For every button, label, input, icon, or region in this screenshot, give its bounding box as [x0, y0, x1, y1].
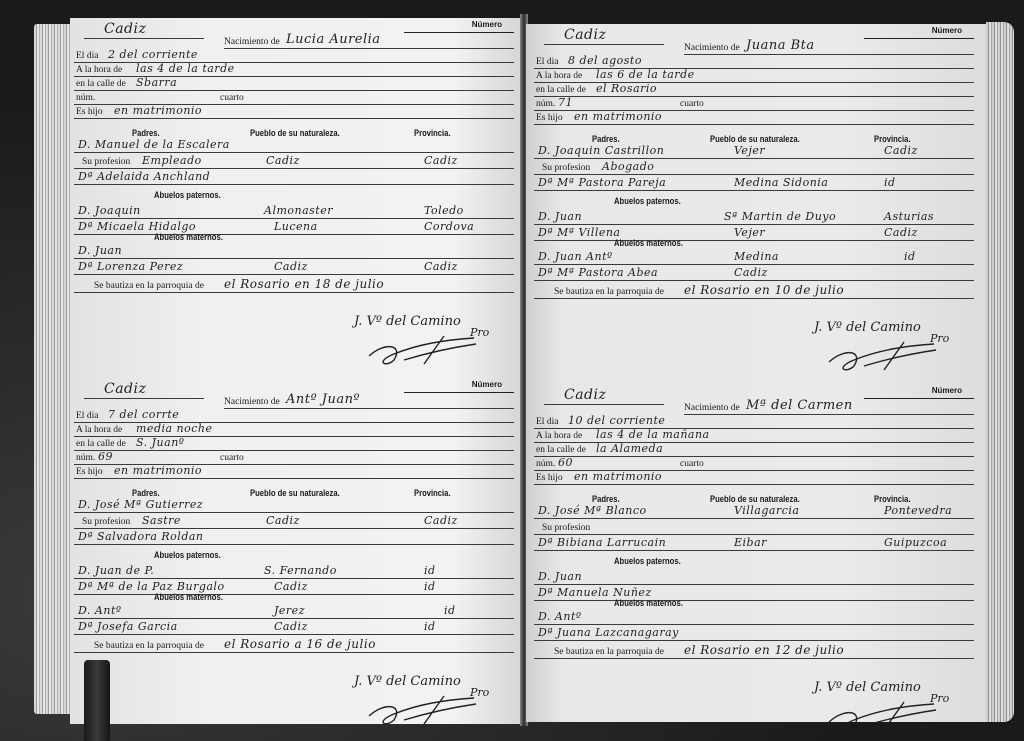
profesion-label: Su profesion — [82, 157, 130, 167]
place-value: Cadiz — [564, 387, 606, 403]
provincia-header: Provincia. — [874, 134, 911, 144]
abuelo-paterno-value: D. Juan de P. — [78, 564, 154, 577]
provincia-header: Provincia. — [874, 494, 911, 504]
abuelo-materno-provincia-value: id — [904, 250, 916, 263]
es-hijo-line: Es hijo en matrimonio — [534, 470, 974, 485]
profesion-line: Su profesion — [534, 520, 974, 535]
abuela-paterna-pueblo-value: Lucena — [274, 220, 318, 233]
bautiza-label: Se bautiza en la parroquia de — [554, 287, 664, 297]
priest-signature-text: J. Vº del Camino — [354, 314, 461, 329]
abuelos-paternos-header: Abuelos paternos. — [154, 190, 221, 200]
page-edges-right — [986, 22, 1014, 722]
abuela-paterna-line: Dª Mª Villena Vejer Cadiz — [534, 226, 974, 241]
abuelo-materno-line: D. Juan — [74, 244, 514, 259]
abuela-paterna-pueblo-value: Cadiz — [274, 580, 308, 593]
abuelos-maternos-header: Abuelos maternos. — [614, 238, 683, 248]
es-hijo-label: Es hijo — [536, 113, 563, 123]
abuela-paterna-line: Dª Mª de la Paz Burgalo Cadiz id — [74, 580, 514, 595]
padre-line: D. José Mª Blanco Villagarcia Pontevedra — [534, 504, 974, 519]
abuela-paterna-line: Dª Manuela Nuñez — [534, 586, 974, 601]
abuelo-materno-value: D. Juan — [78, 244, 122, 257]
bautiza-label: Se bautiza en la parroquia de — [94, 281, 204, 291]
bautiza-value: el Rosario en 12 de julio — [684, 643, 844, 657]
hora-line: A la hora de media noche — [74, 422, 514, 437]
dia-label: El dia — [536, 417, 558, 427]
abuela-materna-line: Dª Josefa Garcia Cadiz id — [74, 620, 514, 635]
provincia-header: Provincia. — [414, 128, 451, 138]
abuela-materna-value: Dª Lorenza Perez — [78, 260, 183, 273]
hora-value: las 4 de la mañana — [596, 428, 710, 441]
cuarto-label: cuarto — [680, 459, 704, 469]
abuela-materna-value: Dª Juana Lazcanagaray — [538, 626, 679, 639]
cuarto-label: cuarto — [220, 453, 244, 463]
child-name-value: Lucia Aurelia — [286, 32, 381, 47]
numero-line — [864, 38, 974, 39]
abuela-paterna-value: Dª Mª Villena — [538, 226, 621, 239]
profesion-line: Su profesion Sastre Cadiz Cadiz — [74, 514, 514, 529]
num-line: núm. 71 cuarto — [534, 96, 974, 111]
abuela-paterna-pueblo-value: Vejer — [734, 226, 765, 239]
abuelo-paterno-value: D. Juan — [538, 570, 582, 583]
es-hijo-label: Es hijo — [536, 473, 563, 483]
profesion-line: Su profesion Abogado — [534, 160, 974, 175]
hora-value: media noche — [136, 422, 213, 435]
left-page: Número Cadiz Nacimiento de Lucia Aurelia… — [70, 18, 522, 724]
numero-label: Número — [932, 26, 962, 35]
padres-pueblo-value: Cadiz — [266, 154, 300, 167]
hora-value: las 4 de la tarde — [136, 62, 235, 75]
hora-line: A la hora de las 4 de la mañana — [534, 428, 974, 443]
bautiza-value: el Rosario en 18 de julio — [224, 277, 384, 291]
abuelo-paterno-pueblo-value: Sª Martin de Duyo — [724, 210, 836, 223]
padre-line: D. Manuel de la Escalera — [74, 138, 514, 153]
num-line: núm. cuarto — [74, 90, 514, 105]
abuelo-paterno-provincia-value: Asturias — [884, 210, 934, 223]
madre-value: Dª Mª Pastora Pareja — [538, 176, 666, 189]
nacimiento-label: Nacimiento de — [224, 37, 280, 47]
madre-pueblo-value: Medina Sidonia — [734, 176, 828, 189]
calle-label: en la calle de — [536, 85, 586, 95]
dia-line: El dia 7 del corrte — [74, 408, 514, 423]
bautiza-label: Se bautiza en la parroquia de — [94, 641, 204, 651]
nacimiento-line: Nacimiento de Mª del Carmen — [684, 400, 974, 415]
padres-header: Padres. — [132, 128, 160, 138]
abuelos-maternos-provincia-value: Cadiz — [424, 260, 458, 273]
abuelo-materno-provincia-value: id — [444, 604, 456, 617]
child-name-value: Antº Juanº — [286, 392, 360, 407]
bautiza-line: Se bautiza en la parroquia de el Rosario… — [534, 644, 974, 659]
es-hijo-line: Es hijo en matrimonio — [534, 110, 974, 125]
abuelo-paterno-value: D. Juan — [538, 210, 582, 223]
hora-label: A la hora de — [76, 65, 122, 75]
pueblo-header: Pueblo de su naturaleza. — [250, 128, 340, 138]
calle-value: la Alameda — [596, 442, 663, 455]
nacimiento-line: Nacimiento de Antº Juanº — [224, 394, 514, 409]
calle-line: en la calle de S. Juanº — [74, 436, 514, 451]
abuelos-paternos-header: Abuelos paternos. — [614, 196, 681, 206]
es-hijo-line: Es hijo en matrimonio — [74, 104, 514, 119]
abuela-materna-pueblo-value: Cadiz — [274, 620, 308, 633]
dia-value: 10 del corriente — [568, 414, 665, 427]
abuela-materna-line: Dª Mª Pastora Abea Cadiz — [534, 266, 974, 281]
numero-label: Número — [472, 380, 502, 389]
abuelo-materno-value: D. Antº — [78, 604, 122, 617]
child-name-value: Juana Bta — [746, 38, 815, 53]
padres-header: Padres. — [592, 494, 620, 504]
abuela-materna-line: Dª Lorenza Perez Cadiz Cadiz — [74, 260, 514, 275]
numero-line — [864, 398, 974, 399]
abuela-materna-line: Dª Juana Lazcanagaray — [534, 626, 974, 641]
bautiza-label: Se bautiza en la parroquia de — [554, 647, 664, 657]
abuelo-paterno-provincia-value: id — [424, 564, 436, 577]
es-hijo-value: en matrimonio — [114, 464, 202, 477]
es-hijo-label: Es hijo — [76, 107, 103, 117]
num-line: núm. 60 cuarto — [534, 456, 974, 471]
padre-line: D. Joaquin Castrillon Vejer Cadiz — [534, 144, 974, 159]
es-hijo-value: en matrimonio — [574, 110, 662, 123]
numero-line — [404, 392, 514, 393]
num-line: núm. 69 cuarto — [74, 450, 514, 465]
abuela-materna-value: Dª Josefa Garcia — [78, 620, 178, 633]
calle-value: el Rosario — [596, 82, 657, 95]
profesion-value: Abogado — [602, 160, 654, 173]
place-line: Cadiz — [544, 30, 664, 45]
padre-pueblo-value: Villagarcia — [734, 504, 799, 517]
profesion-line: Su profesion Empleado Cadiz Cadiz — [74, 154, 514, 169]
calle-line: en la calle de el Rosario — [534, 82, 974, 97]
padres-header: Padres. — [592, 134, 620, 144]
madre-value: Dª Adelaida Anchland — [78, 170, 210, 183]
dia-label: El dia — [76, 411, 98, 421]
abuelo-materno-line: D. Antº — [534, 610, 974, 625]
padre-value: D. José Mª Gutierrez — [78, 498, 203, 511]
profesion-value: Empleado — [142, 154, 202, 167]
dia-line: El dia 2 del corriente — [74, 48, 514, 63]
priest-signature-text: J. Vº del Camino — [354, 674, 461, 689]
dia-label: El dia — [76, 51, 98, 61]
abuela-paterna-provincia-value: Cordova — [424, 220, 474, 233]
padres-provincia-value: Cadiz — [424, 514, 458, 527]
calle-value: Sbarra — [136, 76, 177, 89]
madre-line: Dª Bibiana Larrucain Eibar Guipuzcoa — [534, 536, 974, 551]
madre-line: Dª Adelaida Anchland — [74, 170, 514, 185]
abuelo-materno-pueblo-value: Medina — [734, 250, 779, 263]
bookmark-ribbon — [84, 660, 110, 741]
abuelo-paterno-pueblo-value: Almonaster — [264, 204, 333, 217]
hora-label: A la hora de — [536, 431, 582, 441]
padre-value: D. Joaquin Castrillon — [538, 144, 664, 157]
bautiza-line: Se bautiza en la parroquia de el Rosario… — [534, 284, 974, 299]
madre-value: Dª Salvadora Roldan — [78, 530, 204, 543]
padres-provincia-value: Cadiz — [424, 154, 458, 167]
priest-signature-text: J. Vº del Camino — [814, 320, 921, 335]
padre-provincia-value: Pontevedra — [884, 504, 952, 517]
open-ledger-book: Número Cadiz Nacimiento de Lucia Aurelia… — [34, 14, 1014, 730]
page-edges-left — [34, 24, 72, 714]
hora-label: A la hora de — [76, 425, 122, 435]
nacimiento-line: Nacimiento de Lucia Aurelia — [224, 34, 514, 49]
num-label: núm. — [76, 93, 95, 103]
abuela-paterna-provincia-value: id — [424, 580, 436, 593]
abuelo-materno-line: D. Juan Antº Medina id — [534, 250, 974, 265]
pueblo-header: Pueblo de su naturaleza. — [710, 494, 800, 504]
abuela-materna-provincia-value: id — [424, 620, 436, 633]
abuelo-paterno-line: D. Juan — [534, 570, 974, 585]
abuela-materna-pueblo-value: Cadiz — [734, 266, 768, 279]
dia-value: 2 del corriente — [108, 48, 198, 61]
madre-line: Dª Salvadora Roldan — [74, 530, 514, 545]
num-label: núm. — [76, 453, 95, 463]
num-label: núm. — [536, 99, 555, 109]
madre-pueblo-value: Eibar — [734, 536, 767, 549]
hora-line: A la hora de las 4 de la tarde — [74, 62, 514, 77]
abuelos-maternos-header: Abuelos maternos. — [614, 598, 683, 608]
padres-pueblo-value: Cadiz — [266, 514, 300, 527]
place-line: Cadiz — [84, 384, 204, 399]
abuela-paterna-line: Dª Micaela Hidalgo Lucena Cordova — [74, 220, 514, 235]
padre-value: D. Manuel de la Escalera — [78, 138, 230, 151]
abuelo-paterno-pueblo-value: S. Fernando — [264, 564, 337, 577]
num-value: 60 — [558, 456, 573, 469]
abuelo-paterno-line: D. Juan Sª Martin de Duyo Asturias — [534, 210, 974, 225]
abuelo-paterno-line: D. Juan de P. S. Fernando id — [74, 564, 514, 579]
calle-line: en la calle de la Alameda — [534, 442, 974, 457]
dia-label: El dia — [536, 57, 558, 67]
abuelo-paterno-value: D. Joaquin — [78, 204, 141, 217]
nacimiento-label: Nacimiento de — [684, 43, 740, 53]
abuelos-maternos-pueblo-value: Cadiz — [274, 260, 308, 273]
nacimiento-label: Nacimiento de — [224, 397, 280, 407]
bautiza-line: Se bautiza en la parroquia de el Rosario… — [74, 278, 514, 293]
pueblo-header: Pueblo de su naturaleza. — [710, 134, 800, 144]
hora-line: A la hora de las 6 de la tarde — [534, 68, 974, 83]
es-hijo-line: Es hijo en matrimonio — [74, 464, 514, 479]
abuelos-maternos-header: Abuelos maternos. — [154, 592, 223, 602]
es-hijo-label: Es hijo — [76, 467, 103, 477]
provincia-header: Provincia. — [414, 488, 451, 498]
dia-value: 8 del agosto — [568, 54, 642, 67]
abuelos-maternos-header: Abuelos maternos. — [154, 232, 223, 242]
abuela-materna-value: Dª Mª Pastora Abea — [538, 266, 658, 279]
madre-value: Dª Bibiana Larrucain — [538, 536, 666, 549]
profesion-value: Sastre — [142, 514, 181, 527]
profesion-label: Su profesion — [542, 523, 590, 533]
pueblo-header: Pueblo de su naturaleza. — [250, 488, 340, 498]
place-line: Cadiz — [84, 24, 204, 39]
madre-provincia-value: id — [884, 176, 896, 189]
padre-provincia-value: Cadiz — [884, 144, 918, 157]
numero-label: Número — [472, 20, 502, 29]
padre-value: D. José Mª Blanco — [538, 504, 647, 517]
nacimiento-line: Nacimiento de Juana Bta — [684, 40, 974, 55]
padres-header: Padres. — [132, 488, 160, 498]
place-value: Cadiz — [104, 21, 146, 37]
numero-line — [404, 32, 514, 33]
profesion-label: Su profesion — [82, 517, 130, 527]
madre-provincia-value: Guipuzcoa — [884, 536, 947, 549]
dia-value: 7 del corrte — [108, 408, 179, 421]
bautiza-value: el Rosario a 16 de julio — [224, 637, 376, 651]
num-label: núm. — [536, 459, 555, 469]
es-hijo-value: en matrimonio — [574, 470, 662, 483]
num-value: 71 — [558, 96, 573, 109]
numero-label: Número — [932, 386, 962, 395]
padre-pueblo-value: Vejer — [734, 144, 765, 157]
bautiza-value: el Rosario en 10 de julio — [684, 283, 844, 297]
abuelo-materno-value: D. Antº — [538, 610, 582, 623]
abuelos-paternos-header: Abuelos paternos. — [154, 550, 221, 560]
place-value: Cadiz — [564, 27, 606, 43]
place-line: Cadiz — [544, 390, 664, 405]
priest-signature-text: J. Vº del Camino — [814, 680, 921, 695]
dia-line: El dia 8 del agosto — [534, 54, 974, 69]
abuelo-materno-line: D. Antº Jerez id — [74, 604, 514, 619]
signature-flourish — [364, 334, 484, 368]
calle-label: en la calle de — [536, 445, 586, 455]
es-hijo-value: en matrimonio — [114, 104, 202, 117]
cuarto-label: cuarto — [220, 93, 244, 103]
signature-flourish — [824, 340, 944, 374]
calle-line: en la calle de Sbarra — [74, 76, 514, 91]
bautiza-line: Se bautiza en la parroquia de el Rosario… — [74, 638, 514, 653]
place-value: Cadiz — [104, 381, 146, 397]
hora-label: A la hora de — [536, 71, 582, 81]
dia-line: El dia 10 del corriente — [534, 414, 974, 429]
abuelo-materno-pueblo-value: Jerez — [274, 604, 305, 617]
madre-line: Dª Mª Pastora Pareja Medina Sidonia id — [534, 176, 974, 191]
abuelo-materno-value: D. Juan Antº — [538, 250, 613, 263]
abuela-paterna-provincia-value: Cadiz — [884, 226, 918, 239]
abuelo-paterno-provincia-value: Toledo — [424, 204, 464, 217]
profesion-label: Su profesion — [542, 163, 590, 173]
abuelo-paterno-line: D. Joaquin Almonaster Toledo — [74, 204, 514, 219]
calle-value: S. Juanº — [136, 436, 184, 449]
nacimiento-label: Nacimiento de — [684, 403, 740, 413]
calle-label: en la calle de — [76, 79, 126, 89]
num-value: 69 — [98, 450, 113, 463]
abuelos-paternos-header: Abuelos paternos. — [614, 556, 681, 566]
child-name-value: Mª del Carmen — [746, 398, 853, 413]
signature-flourish — [824, 700, 944, 722]
padre-line: D. José Mª Gutierrez — [74, 498, 514, 513]
calle-label: en la calle de — [76, 439, 126, 449]
signature-flourish — [364, 694, 484, 724]
cuarto-label: cuarto — [680, 99, 704, 109]
hora-value: las 6 de la tarde — [596, 68, 695, 81]
right-page: Número Cadiz Nacimiento de Juana Bta El … — [526, 24, 986, 722]
